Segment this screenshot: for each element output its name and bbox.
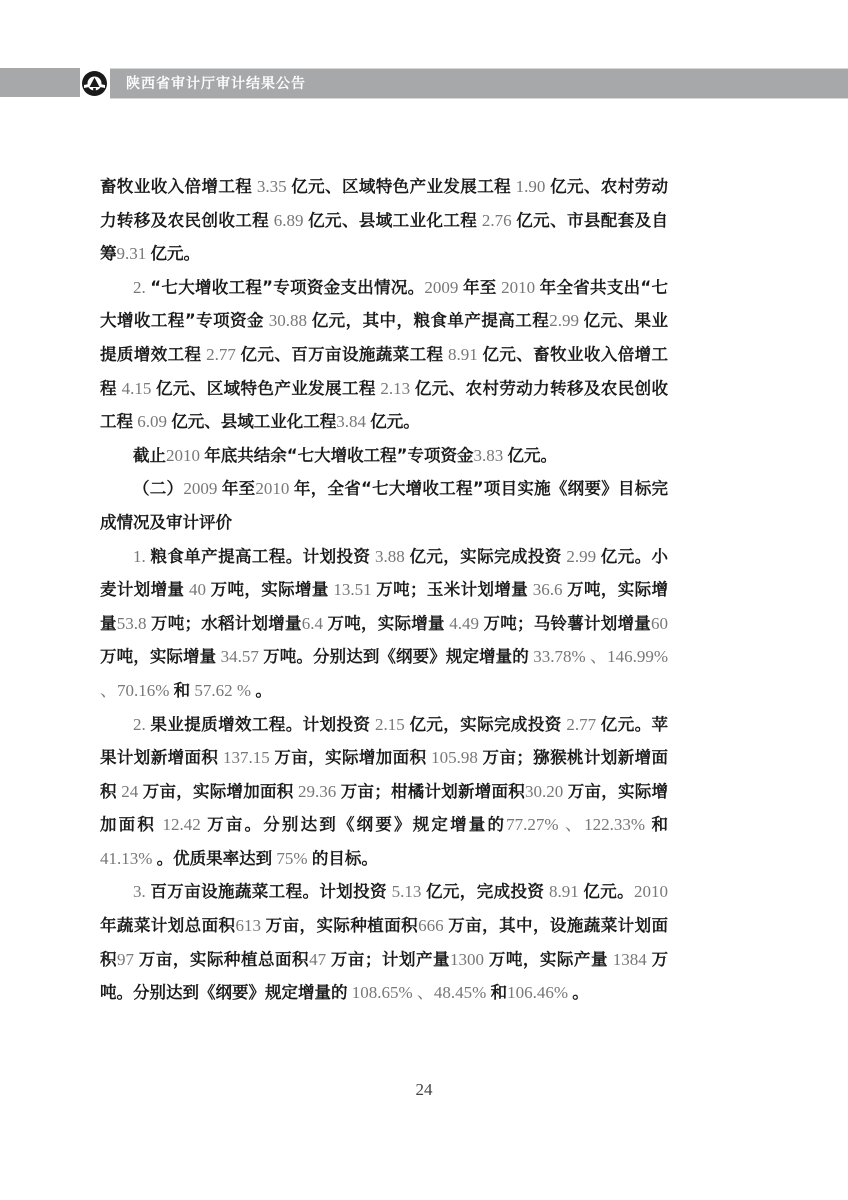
numeric-value: 2009 xyxy=(424,278,463,297)
numeric-value: 2010 xyxy=(255,479,294,498)
text-run: “七大增收工程”专项资金支出情况。 xyxy=(150,278,424,297)
text-run: 年至 xyxy=(222,479,256,498)
numeric-value: 1.90 xyxy=(511,177,550,196)
text-run: 亿元、区域特色产业发展工程 xyxy=(156,379,376,398)
text-run: 亿元、区域特色产业发展工程 xyxy=(291,177,511,196)
numeric-value: 2.77 xyxy=(201,345,240,364)
numeric-value: 3. xyxy=(133,882,150,901)
text-run: 万吨；马铃薯计划增量 xyxy=(484,614,652,633)
text-run: 和 xyxy=(491,983,508,1002)
text-run: 万亩；柑橘计划新增面积 xyxy=(341,782,525,801)
paragraph: 畜牧业收入倍增工程 3.35 亿元、区域特色产业发展工程 1.90 亿元、农村劳… xyxy=(100,170,668,271)
text-run: 万吨，实际增量 xyxy=(328,614,445,633)
numeric-value: 1384 xyxy=(608,950,652,969)
numeric-value: 9.31 xyxy=(117,244,151,263)
numeric-value: 8.91 xyxy=(544,882,583,901)
numeric-value: 53.8 xyxy=(117,614,151,633)
audit-office-emblem-icon xyxy=(81,70,108,97)
numeric-value: 12.42 xyxy=(156,815,207,834)
numeric-value: 2.99 xyxy=(549,311,583,330)
text-run: 万亩。分别达到《纲要》规定增量的 xyxy=(207,815,506,834)
text-run: 亿元，实际完成投资 xyxy=(409,547,561,566)
numeric-value: 666 xyxy=(418,916,448,935)
text-run: 。 xyxy=(255,681,272,700)
text-run: 亿元，实际完成投资 xyxy=(409,715,561,734)
numeric-value: 613 xyxy=(235,916,265,935)
text-run: （二） xyxy=(133,479,183,498)
numeric-value: 41.13% xyxy=(100,849,157,868)
text-run: 万亩，实际种植总面积 xyxy=(139,950,309,969)
document-body: 畜牧业收入倍增工程 3.35 亿元、区域特色产业发展工程 1.90 亿元、农村劳… xyxy=(100,170,668,1010)
numeric-value: 2.99 xyxy=(562,547,601,566)
numeric-value: 2010 xyxy=(166,446,204,465)
text-run: 亿元。 xyxy=(583,882,634,901)
paragraph: 3. 百万亩设施蔬菜工程。计划投资 5.13 亿元，完成投资 8.91 亿元。2… xyxy=(100,875,668,1009)
numeric-value: 137.15 xyxy=(218,748,274,767)
numeric-value: 108.65% 、48.45% xyxy=(348,983,491,1002)
numeric-value: 36.6 xyxy=(528,580,567,599)
numeric-value: 30.88 xyxy=(264,311,312,330)
numeric-value: 2.13 xyxy=(376,379,415,398)
numeric-value: 3.83 xyxy=(473,446,507,465)
text-run: 万亩，实际增加面积 xyxy=(274,748,426,767)
paragraph: 1. 粮食单产提高工程。计划投资 3.88 亿元，实际完成投资 2.99 亿元。… xyxy=(100,540,668,708)
numeric-value: 29.36 xyxy=(294,782,341,801)
text-run: 。优质果率达到 xyxy=(157,849,273,868)
text-run: 的目标。 xyxy=(312,849,378,868)
text-run: 年底共结余“七大增收工程”专项资金 xyxy=(204,446,473,465)
numeric-value: 3.84 xyxy=(336,412,370,431)
numeric-value: 13.51 xyxy=(329,580,377,599)
text-run: 万吨；水稻计划增量 xyxy=(151,614,302,633)
numeric-value: 6.89 xyxy=(269,211,308,230)
header-bar-left xyxy=(0,68,80,97)
text-run: 畜牧业收入倍增工程 xyxy=(100,177,252,196)
text-run: 亿元，完成投资 xyxy=(426,882,544,901)
numeric-value: 3.35 xyxy=(252,177,291,196)
text-run: 万亩，实际种植面积 xyxy=(266,916,418,935)
text-run: 和 xyxy=(652,815,669,834)
text-run: 万吨，实际增量 xyxy=(211,580,329,599)
text-run: 亿元。 xyxy=(507,446,557,465)
numeric-value: 2. xyxy=(133,278,150,297)
paragraph: 截止2010 年底共结余“七大增收工程”专项资金3.83 亿元。 xyxy=(100,439,668,473)
paragraph: 2. “七大增收工程”专项资金支出情况。2009 年至 2010 年全省共支出“… xyxy=(100,271,668,439)
numeric-value: 60 xyxy=(651,614,668,633)
numeric-value: 2. xyxy=(133,715,150,734)
text-run: 粮食单产提高工程。计划投资 xyxy=(150,547,370,566)
numeric-value: 2010 xyxy=(634,882,668,901)
numeric-value: 8.91 xyxy=(443,345,482,364)
text-run: 年至 xyxy=(463,278,497,297)
numeric-value: 24 xyxy=(117,782,143,801)
numeric-value: 3.88 xyxy=(370,547,409,566)
text-run: 截止 xyxy=(133,446,166,465)
numeric-value: 97 xyxy=(117,950,139,969)
numeric-value: 30.20 xyxy=(525,782,568,801)
numeric-value: 2.77 xyxy=(562,715,601,734)
text-run: 万亩，实际增加面积 xyxy=(143,782,294,801)
numeric-value: 4.49 xyxy=(445,614,484,633)
numeric-value: 4.15 xyxy=(117,379,156,398)
numeric-value: 47 xyxy=(309,950,331,969)
numeric-value: 75% xyxy=(272,849,312,868)
numeric-value: 6.4 xyxy=(302,614,328,633)
text-run: 亿元、县域工业化工程 xyxy=(171,412,336,431)
numeric-value: 77.27% 、122.33% xyxy=(506,815,651,834)
numeric-value: 1. xyxy=(133,547,150,566)
text-run: 亿元、百万亩设施蔬菜工程 xyxy=(241,345,444,364)
text-run: 万吨，实际产量 xyxy=(489,950,608,969)
text-run: 万吨，实际增量 xyxy=(100,647,216,666)
text-run: 万吨；玉米计划增量 xyxy=(376,580,528,599)
numeric-value: 2009 xyxy=(183,479,222,498)
text-run: 亿元，其中，粮食单产提高工程 xyxy=(312,311,550,330)
numeric-value: 40 xyxy=(184,580,210,599)
numeric-value: 2.76 xyxy=(477,211,516,230)
text-run: 亿元。 xyxy=(151,244,201,263)
text-run: 和 xyxy=(174,681,191,700)
paragraph: 2. 果业提质增效工程。计划投资 2.15 亿元，实际完成投资 2.77 亿元。… xyxy=(100,708,668,876)
text-run: 亿元、县域工业化工程 xyxy=(308,211,477,230)
text-run: 万亩；计划产量 xyxy=(331,950,450,969)
numeric-value: 2.15 xyxy=(370,715,409,734)
text-run: 年蔬菜计划总面积 xyxy=(100,916,235,935)
text-run: 亿元。 xyxy=(370,412,420,431)
publication-title: 陕西省审计厅审计结果公告 xyxy=(126,72,306,96)
text-run: 果业提质增效工程。计划投资 xyxy=(150,715,370,734)
text-run: 。 xyxy=(572,983,589,1002)
numeric-value: 6.09 xyxy=(133,412,171,431)
numeric-value: 5.13 xyxy=(387,882,426,901)
numeric-value: 2010 xyxy=(497,278,540,297)
paragraph: （二）2009 年至2010 年，全省“七大增收工程”项目实施《纲要》目标完成情… xyxy=(100,472,668,539)
numeric-value: 57.62 % xyxy=(190,681,255,700)
text-run: 万吨。分别达到《纲要》规定增量的 xyxy=(263,647,529,666)
page-number: 24 xyxy=(0,1080,848,1100)
numeric-value: 1300 xyxy=(450,950,489,969)
numeric-value: 34.57 xyxy=(216,647,263,666)
numeric-value: 105.98 xyxy=(426,748,482,767)
text-run: 百万亩设施蔬菜工程。计划投资 xyxy=(150,882,387,901)
numeric-value: 106.46% xyxy=(507,983,572,1002)
